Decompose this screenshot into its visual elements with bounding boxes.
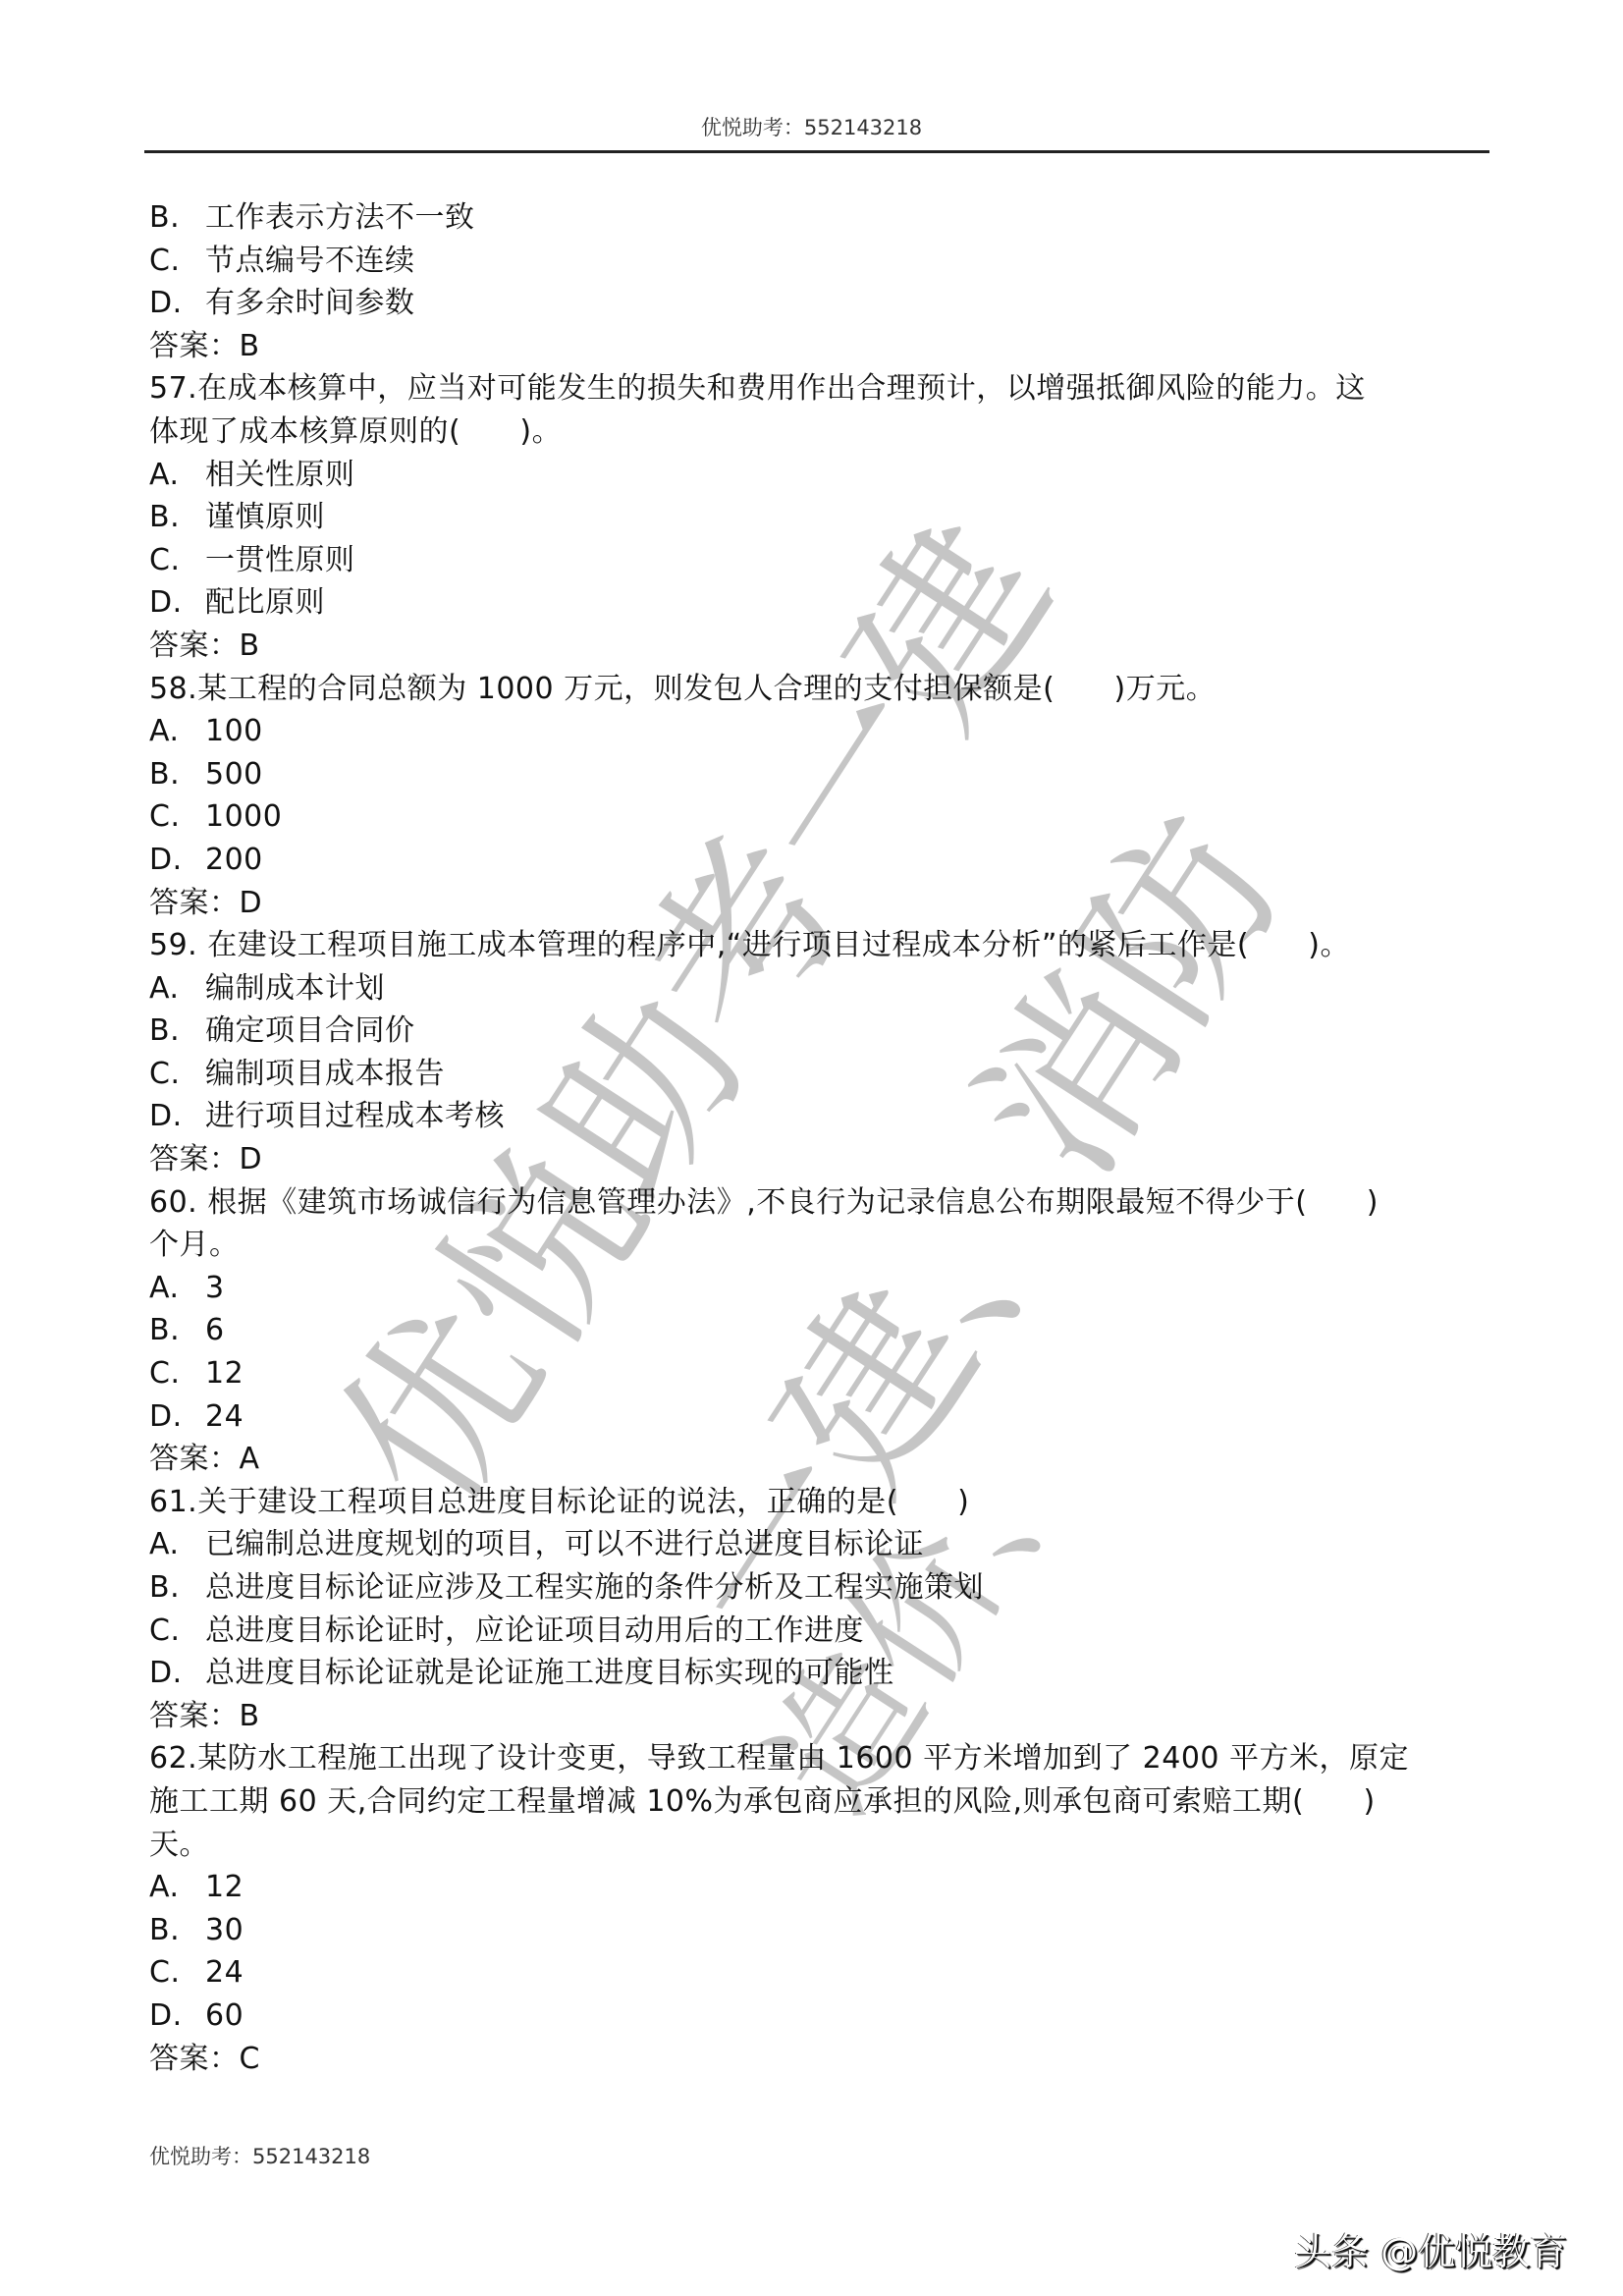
question-61: 61.关于建设工程项目总进度目标论证的说法，正确的是( ) A.已编制总进度规划… bbox=[149, 1481, 1494, 1738]
option-line: C.12 bbox=[149, 1352, 1494, 1395]
question-59: 59. 在建设工程项目施工成本管理的程序中,“进行项目过程成本分析”的紧后工作是… bbox=[149, 924, 1494, 1181]
option-text: 有多余时间参数 bbox=[205, 286, 415, 320]
option-text: 500 bbox=[205, 757, 263, 792]
option-line: A.编制成本计划 bbox=[149, 967, 1494, 1011]
option-line: D.200 bbox=[149, 839, 1494, 882]
option-text: 总进度目标论证时，应论证项目动用后的工作进度 bbox=[205, 1613, 864, 1648]
option-line: C.总进度目标论证时，应论证项目动用后的工作进度 bbox=[149, 1610, 1494, 1653]
answer-line: 答案：C bbox=[149, 2038, 1494, 2081]
option-letter: A. bbox=[149, 454, 205, 497]
option-letter: C. bbox=[149, 539, 205, 582]
option-text: 3 bbox=[205, 1271, 225, 1305]
option-line: C.1000 bbox=[149, 795, 1494, 839]
option-line: B.确定项目合同价 bbox=[149, 1010, 1494, 1053]
answer-line: 答案：A bbox=[149, 1438, 1494, 1481]
platform-watermark: 头条 @优悦教育 bbox=[1294, 2221, 1567, 2275]
option-line: A.12 bbox=[149, 1866, 1494, 1909]
option-text: 200 bbox=[205, 843, 263, 877]
option-line: A.100 bbox=[149, 710, 1494, 753]
question-stem: 施工工期 60 天,合同约定工程量增减 10%为承包商应承担的风险,则承包商可索… bbox=[149, 1780, 1494, 1824]
option-text: 相关性原则 bbox=[205, 458, 355, 492]
option-text: 谨慎原则 bbox=[205, 500, 325, 534]
option-letter: B. bbox=[149, 1909, 205, 1952]
option-letter: D. bbox=[149, 1995, 205, 2038]
option-text: 编制项目成本报告 bbox=[205, 1057, 445, 1091]
question-stem: 体现了成本核算原则的( )。 bbox=[149, 410, 1494, 454]
question-stem: 个月。 bbox=[149, 1224, 1494, 1267]
option-letter: B. bbox=[149, 1309, 205, 1352]
option-text: 24 bbox=[205, 1955, 243, 1990]
question-stem: 59. 在建设工程项目施工成本管理的程序中,“进行项目过程成本分析”的紧后工作是… bbox=[149, 924, 1494, 967]
option-line: B.30 bbox=[149, 1909, 1494, 1952]
option-text: 100 bbox=[205, 714, 263, 748]
option-letter: C. bbox=[149, 1610, 205, 1653]
option-text: 12 bbox=[205, 1356, 243, 1391]
option-letter: A. bbox=[149, 967, 205, 1011]
option-letter: B. bbox=[149, 753, 205, 796]
answer-line: 答案：B bbox=[149, 625, 1494, 668]
option-text: 总进度目标论证应涉及工程实施的条件分析及工程实施策划 bbox=[205, 1570, 984, 1605]
option-line: A.已编制总进度规划的项目，可以不进行总进度目标论证 bbox=[149, 1523, 1494, 1566]
option-letter: D. bbox=[149, 1095, 205, 1138]
option-line: A.相关性原则 bbox=[149, 454, 1494, 497]
option-line: B.500 bbox=[149, 753, 1494, 796]
option-letter: C. bbox=[149, 240, 205, 283]
option-line: B.总进度目标论证应涉及工程实施的条件分析及工程实施策划 bbox=[149, 1566, 1494, 1610]
option-line: A.3 bbox=[149, 1267, 1494, 1310]
option-text: 配比原则 bbox=[205, 585, 325, 620]
option-line: D.总进度目标论证就是论证施工进度目标实现的可能性 bbox=[149, 1652, 1494, 1695]
question-60: 60. 根据《建筑市场诚信行为信息管理办法》,不良行为记录信息公布期限最短不得少… bbox=[149, 1181, 1494, 1481]
option-line: B.6 bbox=[149, 1309, 1494, 1352]
option-letter: C. bbox=[149, 1951, 205, 1995]
option-letter: B. bbox=[149, 1566, 205, 1610]
question-stem: 62.某防水工程施工出现了设计变更，导致工程量由 1600 平方米增加到了 24… bbox=[149, 1737, 1494, 1780]
option-line: B.谨慎原则 bbox=[149, 496, 1494, 539]
option-line: C.一贯性原则 bbox=[149, 539, 1494, 582]
option-line: D.配比原则 bbox=[149, 581, 1494, 625]
option-text: 确定项目合同价 bbox=[205, 1013, 415, 1048]
carryover-block: B.工作表示方法不一致 C.节点编号不连续 D.有多余时间参数 答案：B bbox=[149, 196, 1494, 367]
option-line: B.工作表示方法不一致 bbox=[149, 196, 1494, 240]
answer-line: 答案：B bbox=[149, 325, 1494, 368]
option-text: 12 bbox=[205, 1870, 243, 1904]
option-letter: D. bbox=[149, 581, 205, 625]
option-letter: D. bbox=[149, 1652, 205, 1695]
answer-line: 答案：D bbox=[149, 882, 1494, 925]
option-letter: A. bbox=[149, 1523, 205, 1566]
header-divider bbox=[144, 150, 1489, 153]
option-letter: A. bbox=[149, 710, 205, 753]
option-text: 工作表示方法不一致 bbox=[205, 200, 475, 235]
option-letter: B. bbox=[149, 496, 205, 539]
option-text: 30 bbox=[205, 1913, 243, 1947]
option-text: 1000 bbox=[205, 799, 282, 834]
option-letter: D. bbox=[149, 1395, 205, 1439]
option-letter: A. bbox=[149, 1267, 205, 1310]
option-line: C.编制项目成本报告 bbox=[149, 1053, 1494, 1096]
option-letter: A. bbox=[149, 1866, 205, 1909]
answer-line: 答案：B bbox=[149, 1695, 1494, 1738]
option-text: 6 bbox=[205, 1313, 225, 1347]
option-line: D.24 bbox=[149, 1395, 1494, 1439]
option-letter: B. bbox=[149, 1010, 205, 1053]
question-stem: 58.某工程的合同总额为 1000 万元，则发包人合理的支付担保额是( )万元。 bbox=[149, 668, 1494, 711]
option-line: D.60 bbox=[149, 1995, 1494, 2038]
option-line: C.节点编号不连续 bbox=[149, 240, 1494, 283]
question-stem: 57.在成本核算中，应当对可能发生的损失和费用作出合理预计，以增强抵御风险的能力… bbox=[149, 367, 1494, 410]
option-text: 已编制总进度规划的项目，可以不进行总进度目标论证 bbox=[205, 1527, 924, 1561]
page-footer: 优悦助考：552143218 bbox=[149, 2141, 370, 2170]
question-62: 62.某防水工程施工出现了设计变更，导致工程量由 1600 平方米增加到了 24… bbox=[149, 1737, 1494, 2080]
question-stem: 天。 bbox=[149, 1824, 1494, 1867]
option-letter: C. bbox=[149, 1053, 205, 1096]
answer-line: 答案：D bbox=[149, 1138, 1494, 1181]
question-57: 57.在成本核算中，应当对可能发生的损失和费用作出合理预计，以增强抵御风险的能力… bbox=[149, 367, 1494, 667]
option-text: 节点编号不连续 bbox=[205, 244, 415, 278]
question-stem: 61.关于建设工程项目总进度目标论证的说法，正确的是( ) bbox=[149, 1481, 1494, 1524]
option-text: 编制成本计划 bbox=[205, 971, 385, 1006]
option-text: 24 bbox=[205, 1399, 243, 1434]
question-58: 58.某工程的合同总额为 1000 万元，则发包人合理的支付担保额是( )万元。… bbox=[149, 668, 1494, 925]
option-letter: C. bbox=[149, 795, 205, 839]
page-header: 优悦助考：552143218 bbox=[0, 112, 1623, 141]
option-line: D.有多余时间参数 bbox=[149, 282, 1494, 325]
option-letter: C. bbox=[149, 1352, 205, 1395]
question-list: B.工作表示方法不一致 C.节点编号不连续 D.有多余时间参数 答案：B 57.… bbox=[149, 196, 1494, 2080]
question-stem: 60. 根据《建筑市场诚信行为信息管理办法》,不良行为记录信息公布期限最短不得少… bbox=[149, 1181, 1494, 1225]
option-letter: D. bbox=[149, 839, 205, 882]
option-text: 60 bbox=[205, 1998, 243, 2033]
option-letter: D. bbox=[149, 282, 205, 325]
option-line: D.进行项目过程成本考核 bbox=[149, 1095, 1494, 1138]
option-line: C.24 bbox=[149, 1951, 1494, 1995]
option-text: 一贯性原则 bbox=[205, 543, 355, 577]
option-text: 总进度目标论证就是论证施工进度目标实现的可能性 bbox=[205, 1656, 894, 1690]
option-letter: B. bbox=[149, 196, 205, 240]
option-text: 进行项目过程成本考核 bbox=[205, 1099, 505, 1133]
